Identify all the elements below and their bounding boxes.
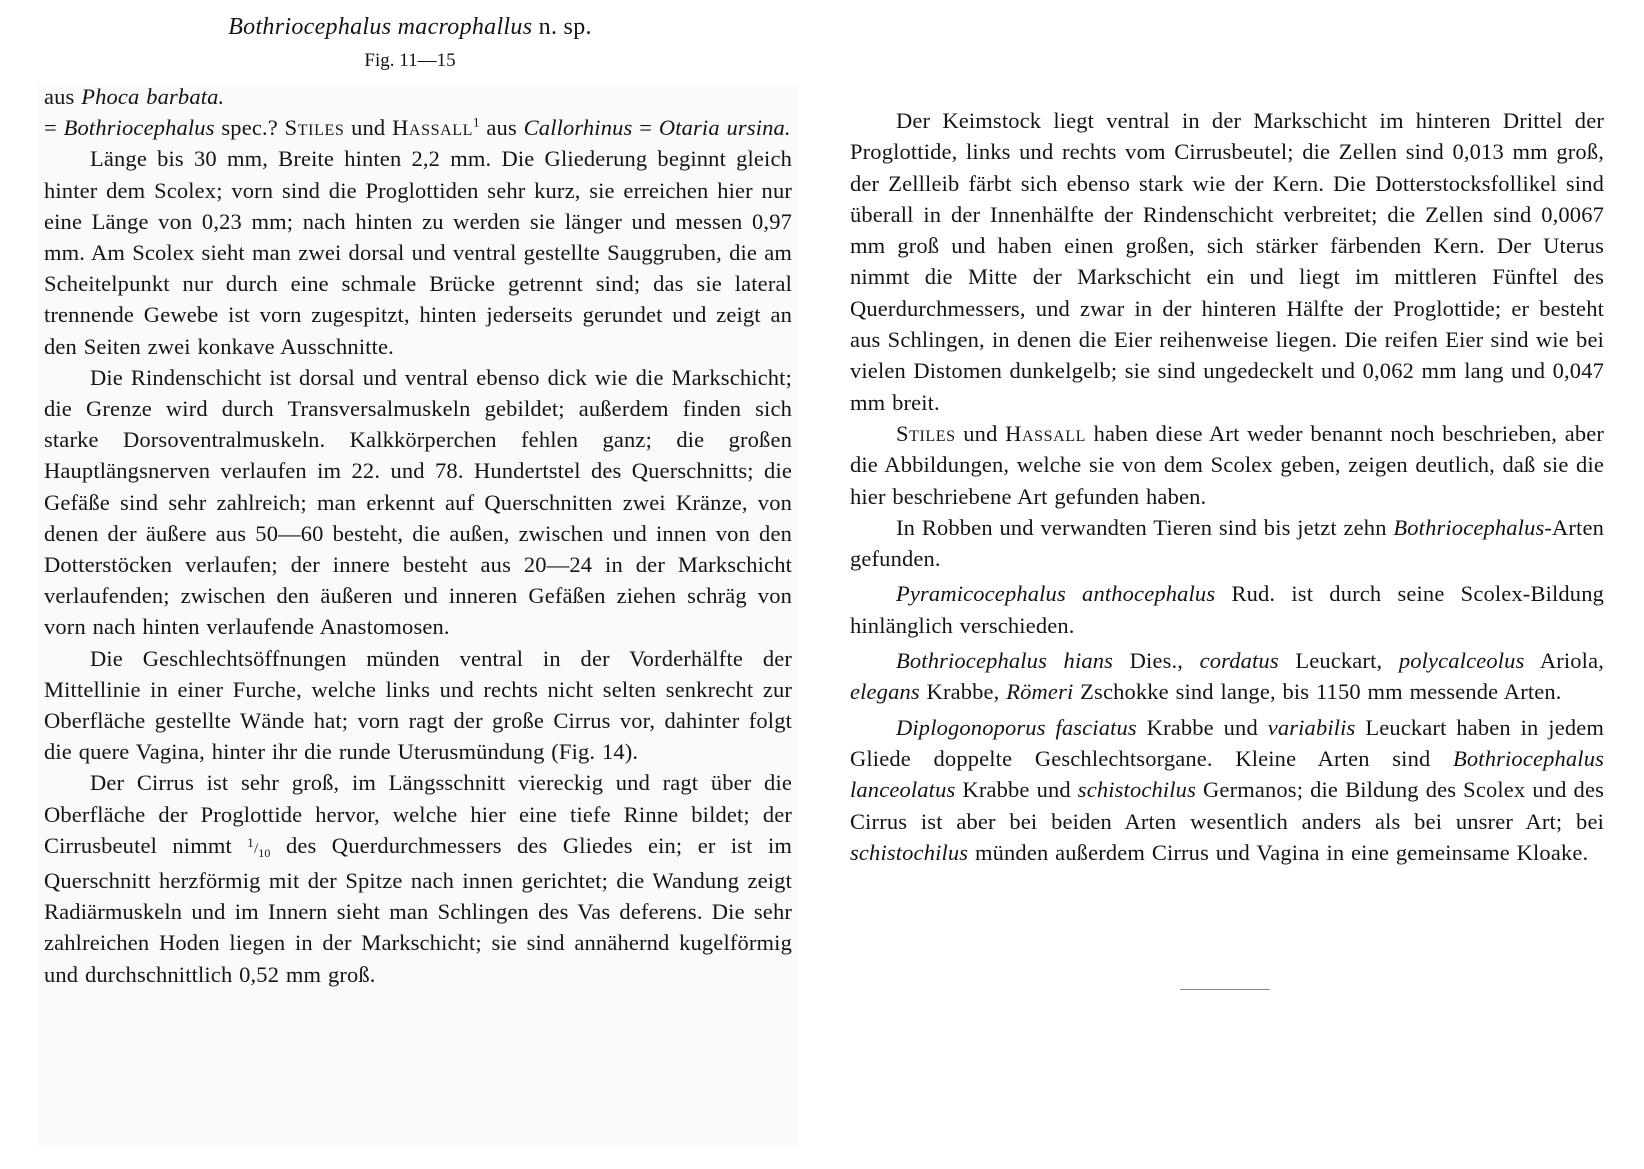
synonym-host: Callorhinus	[524, 115, 633, 140]
species-name: Pyramicocephalus anthocephalus	[896, 581, 1215, 606]
fraction-numerator: 1	[247, 835, 254, 850]
author-hassall: Hassall	[392, 115, 473, 140]
host-prefix: aus	[44, 84, 81, 109]
text-segment: Zschokke sind lange, bis 1150 mm messend…	[1073, 679, 1561, 704]
paragraph-robben: In Robben und verwandten Tieren sind bis…	[850, 512, 1604, 575]
synonym-line: = Bothriocephalus spec.? Stiles und Hass…	[44, 112, 792, 143]
right-column: Der Keimstock liegt ventral in der Marks…	[850, 105, 1604, 868]
text-segment: und	[956, 421, 1005, 446]
text-segment: münden außerdem Cirrus und Vagina in ein…	[968, 840, 1588, 865]
paragraph-diplogonoporus: Diplogonoporus fasciatus Krabbe und vari…	[850, 712, 1604, 868]
paragraph-cirrus: Der Cirrus ist sehr groß, im Längsschnit…	[44, 767, 792, 989]
species-name: elegans	[850, 679, 920, 704]
species-name: Römeri	[1006, 679, 1073, 704]
synonym-genus: Bothriocephalus	[64, 115, 215, 140]
host-line: aus Phoca barbata.	[44, 81, 792, 112]
host-species: Phoca barbata.	[81, 84, 224, 109]
synonym-eq: =	[632, 115, 652, 140]
species-name: cordatus	[1200, 648, 1279, 673]
text-segment: Krabbe und	[955, 777, 1077, 802]
text-segment: Dies.,	[1113, 648, 1200, 673]
author-hassall: Hassall	[1005, 421, 1086, 446]
paragraph-geschlechtsoeffnungen: Die Geschlechtsöffnungen münden ventral …	[44, 643, 792, 768]
author-stiles: Stiles	[896, 421, 956, 446]
synonym-host-2: Otaria ursina.	[659, 115, 791, 140]
paragraph-keimstock: Der Keimstock liegt ventral in der Marks…	[850, 105, 1604, 418]
left-column: aus Phoca barbata. = Bothriocephalus spe…	[44, 81, 792, 990]
synonym-text: spec.?	[215, 115, 285, 140]
synonym-text: und	[344, 115, 392, 140]
paragraph-rindenschicht: Die Rindenschicht ist dorsal und ventral…	[44, 362, 792, 643]
text-segment: Krabbe und	[1137, 715, 1268, 740]
paragraph-pyramicocephalus: Pyramicocephalus anthocephalus Rud. ist …	[850, 578, 1604, 641]
section-end-rule	[1180, 989, 1270, 990]
species-name: schistochilus	[1078, 777, 1196, 802]
footnote-mark: 1	[473, 115, 480, 130]
species-heading: Bothriocephalus macrophallus n. sp.	[0, 14, 820, 41]
species-name: polycalceolus	[1399, 648, 1525, 673]
text-segment: Krabbe,	[920, 679, 1006, 704]
paragraph-long-species: Bothriocephalus hians Dies., cordatus Le…	[850, 645, 1604, 708]
synonym-eq: =	[44, 115, 64, 140]
species-name: Diplogonoporus fasciatus	[896, 715, 1137, 740]
text-segment: Ariola,	[1524, 648, 1604, 673]
text-segment: Leuckart,	[1279, 648, 1399, 673]
species-suffix: n. sp.	[532, 14, 591, 40]
species-name: Bothriocephalus hians	[896, 648, 1113, 673]
paragraph-dimensions: Länge bis 30 mm, Breite hinten 2,2 mm. D…	[44, 143, 792, 361]
synonym-text: aus	[480, 115, 524, 140]
fraction-denominator: 10	[258, 846, 270, 860]
species-name: variabilis	[1268, 715, 1356, 740]
fraction: 1/10	[247, 841, 270, 857]
author-stiles: Stiles	[285, 115, 345, 140]
paragraph-stiles-hassall: Stiles und Hassall haben diese Art weder…	[850, 418, 1604, 512]
genus-name: Bothriocephalus	[1393, 515, 1544, 540]
text-segment: In Robben und verwandten Tieren sind bis…	[896, 515, 1393, 540]
species-name: Bothriocephalus macrophallus	[228, 14, 532, 40]
species-name: schistochilus	[850, 840, 968, 865]
figure-reference: Fig. 11—15	[0, 50, 820, 72]
